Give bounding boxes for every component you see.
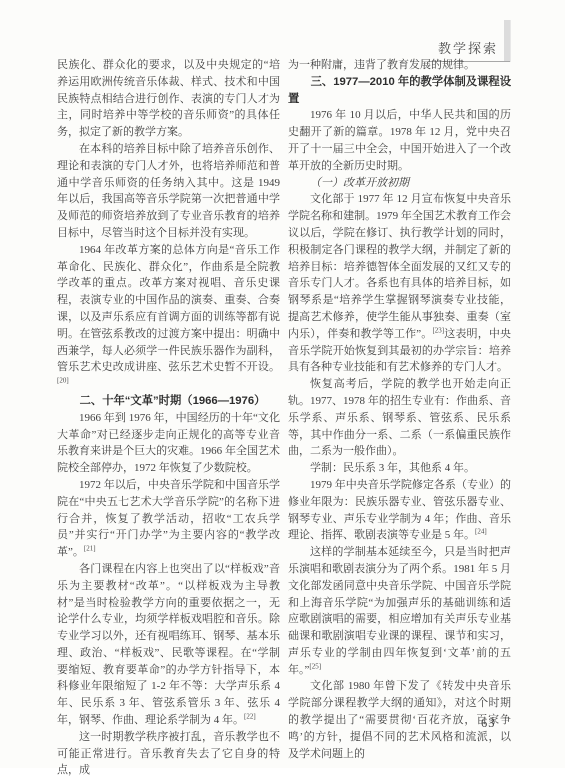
paragraph: 文化部于 1977 年 12 月宣布恢复中央音乐学院名称和建制。1979 年全国…	[288, 191, 511, 376]
paragraph: 文化部 1980 年曾下发了《转发中央音乐学院部分课程教学大纲的通知》，对这个时…	[288, 678, 511, 762]
text-column-right: 为一种附庸，违背了教育发展的规律。三、1977—2010 年的教学体制及课程设置…	[288, 57, 511, 762]
paragraph: 1976 年 10 月以后，中华人民共和国的历史翻开了新的篇章。1978 年 1…	[288, 107, 511, 174]
section-header-tab: 教学探索	[428, 20, 510, 62]
paragraph: 这样的学制基本延续至今，只是当时把声乐演唱和歌剧表演分为了两个系。1981 年 …	[288, 544, 511, 678]
paragraph: 民族化、群众化的要求，以及中央规定的“培养运用欧洲传统音乐体裁、样式、技术和中国…	[57, 57, 280, 141]
citation-ref: [21]	[84, 544, 96, 552]
citation-ref: [23]	[432, 326, 444, 334]
citation-ref: [22]	[244, 712, 256, 720]
paragraph: 1972 年以后，中央音乐学院和中国音乐学院在“中央五七艺术大学音乐学院”的名称…	[57, 477, 280, 561]
section-header-label: 教学探索	[438, 38, 498, 57]
paragraph: 1964 年改革方案的总体方向是“音乐工作革命化、民族化、群众化”，作曲系是全院…	[57, 242, 280, 393]
paragraph: 这一时期教学秩序被打乱，音乐教学也不可能正常进行。音乐教育失去了它自身的特点，成	[57, 729, 280, 768]
paragraph: 1979 年中央音乐学院修定各系（专业）的修业年限为：民族乐器专业、管弦乐器专业…	[288, 477, 511, 544]
header-decorative-strip	[504, 20, 511, 62]
sub-section-heading: （一）改革开放初期	[288, 175, 511, 192]
citation-ref: [24]	[475, 528, 487, 536]
citation-ref: [25]	[309, 662, 321, 670]
paragraph: 1966 年到 1976 年，中国经历的十年“文化大革命”对已经逐步走向正规化的…	[57, 410, 280, 477]
paragraph: 学制：民乐系 3 年，其他系 4 年。	[288, 460, 511, 477]
text-column-left: 民族化、群众化的要求，以及中央规定的“培养运用欧洲传统音乐体裁、样式、技术和中国…	[57, 57, 280, 768]
page-number: 63	[481, 716, 496, 731]
paragraph: 恢复高考后，学院的教学也开始走向正轨。1977、1978 年的招生专业有：作曲系…	[288, 376, 511, 460]
section-heading: 二、十年“文革”时期（1966—1976）	[57, 393, 280, 410]
section-heading: 三、1977—2010 年的教学体制及课程设置	[288, 74, 511, 108]
paragraph: 在本科的培养目标中除了培养音乐创作、理论和表演的专门人才外，也将培养师范和普通中…	[57, 141, 280, 242]
citation-ref: [20]	[57, 376, 69, 384]
journal-page: 教学探索 民族化、群众化的要求，以及中央规定的“培养运用欧洲传统音乐体裁、样式、…	[0, 0, 565, 768]
paragraph: 为一种附庸，违背了教育发展的规律。	[288, 57, 511, 74]
paragraph: 各门课程在内容上也突出了以“样板戏”音乐为主要教材“改革”。“以样板戏为主导教材…	[57, 561, 280, 729]
